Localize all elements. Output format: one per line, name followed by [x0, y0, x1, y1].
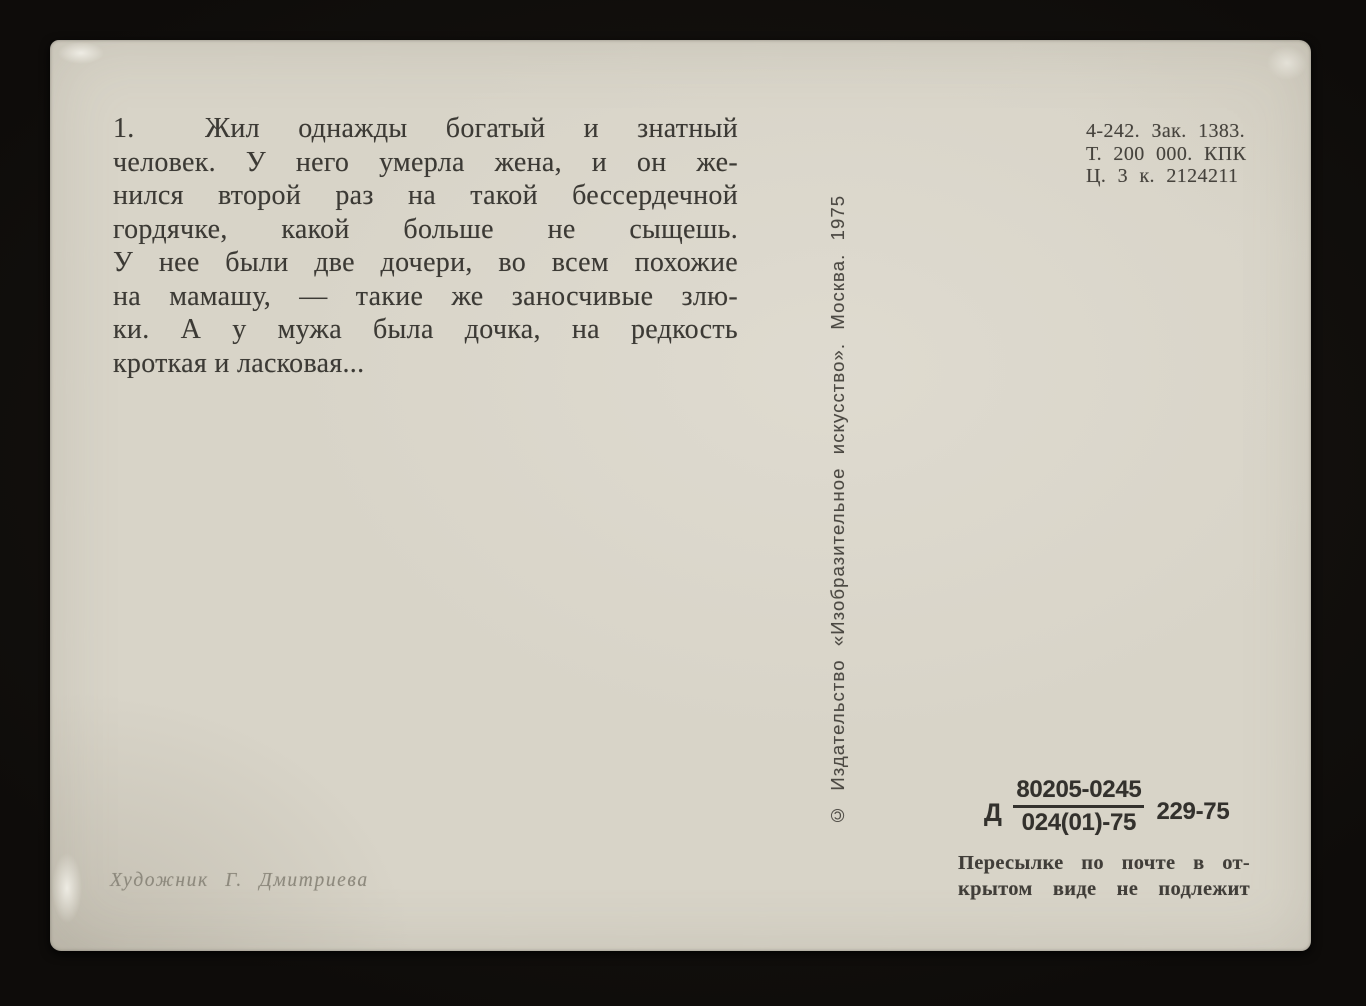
print-run-info: 4-242. Зак. 1383. Т. 200 000. КПК Ц. 3 к…	[1086, 120, 1246, 188]
mail-notice-line: Пересылке по почте в от-	[958, 851, 1250, 877]
publisher-credit-vertical: © Издательство «Изобразительное искусств…	[820, 183, 856, 838]
mail-notice-line: крытом виде не подлежит	[958, 877, 1250, 903]
corner-wear-mark	[58, 42, 104, 64]
story-line: человек. У него умерла жена, и он же-	[113, 146, 738, 180]
mail-notice: Пересылке по почте в от- крытом виде не …	[958, 851, 1250, 902]
story-line: 1. Жил однажды богатый и знатный	[113, 112, 738, 146]
catalog-number: Д 80205-0245 024(01)-75 229-75	[984, 776, 1229, 837]
story-line: У нее были две дочери, во всем похожие	[113, 246, 738, 280]
catalog-prefix: Д	[984, 799, 1001, 828]
print-info-line: Ц. 3 к. 2124211	[1086, 165, 1246, 188]
fraction-numerator: 80205-0245	[1013, 776, 1144, 808]
story-line-text: Жил однажды богатый и знатный	[205, 112, 738, 146]
story-line: на мамашу, — такие же заносчивые злю-	[113, 280, 738, 314]
postcard-back: 1. Жил однажды богатый и знатный человек…	[50, 40, 1311, 951]
catalog-fraction: 80205-0245 024(01)-75	[1013, 776, 1144, 837]
fraction-denominator: 024(01)-75	[1022, 808, 1136, 837]
story-line: кроткая и ласковая...	[113, 347, 738, 381]
corner-wear-mark	[1267, 46, 1307, 80]
story-line: гордячке, какой больше не сыщешь.	[113, 213, 738, 247]
artist-credit: Художник Г. Дмитриева	[110, 870, 369, 892]
print-info-line: 4-242. Зак. 1383.	[1086, 120, 1246, 143]
story-line: нился второй раз на такой бессердечной	[113, 179, 738, 213]
catalog-suffix: 229-75	[1156, 798, 1229, 826]
corner-wear-mark	[52, 853, 82, 923]
story-paragraph-number: 1.	[113, 112, 205, 146]
story-line: ки. А у мужа была дочка, на редкость	[113, 313, 738, 347]
print-info-line: Т. 200 000. КПК	[1086, 143, 1246, 166]
story-text: 1. Жил однажды богатый и знатный человек…	[113, 112, 738, 380]
photo-background: 1. Жил однажды богатый и знатный человек…	[0, 0, 1366, 1006]
